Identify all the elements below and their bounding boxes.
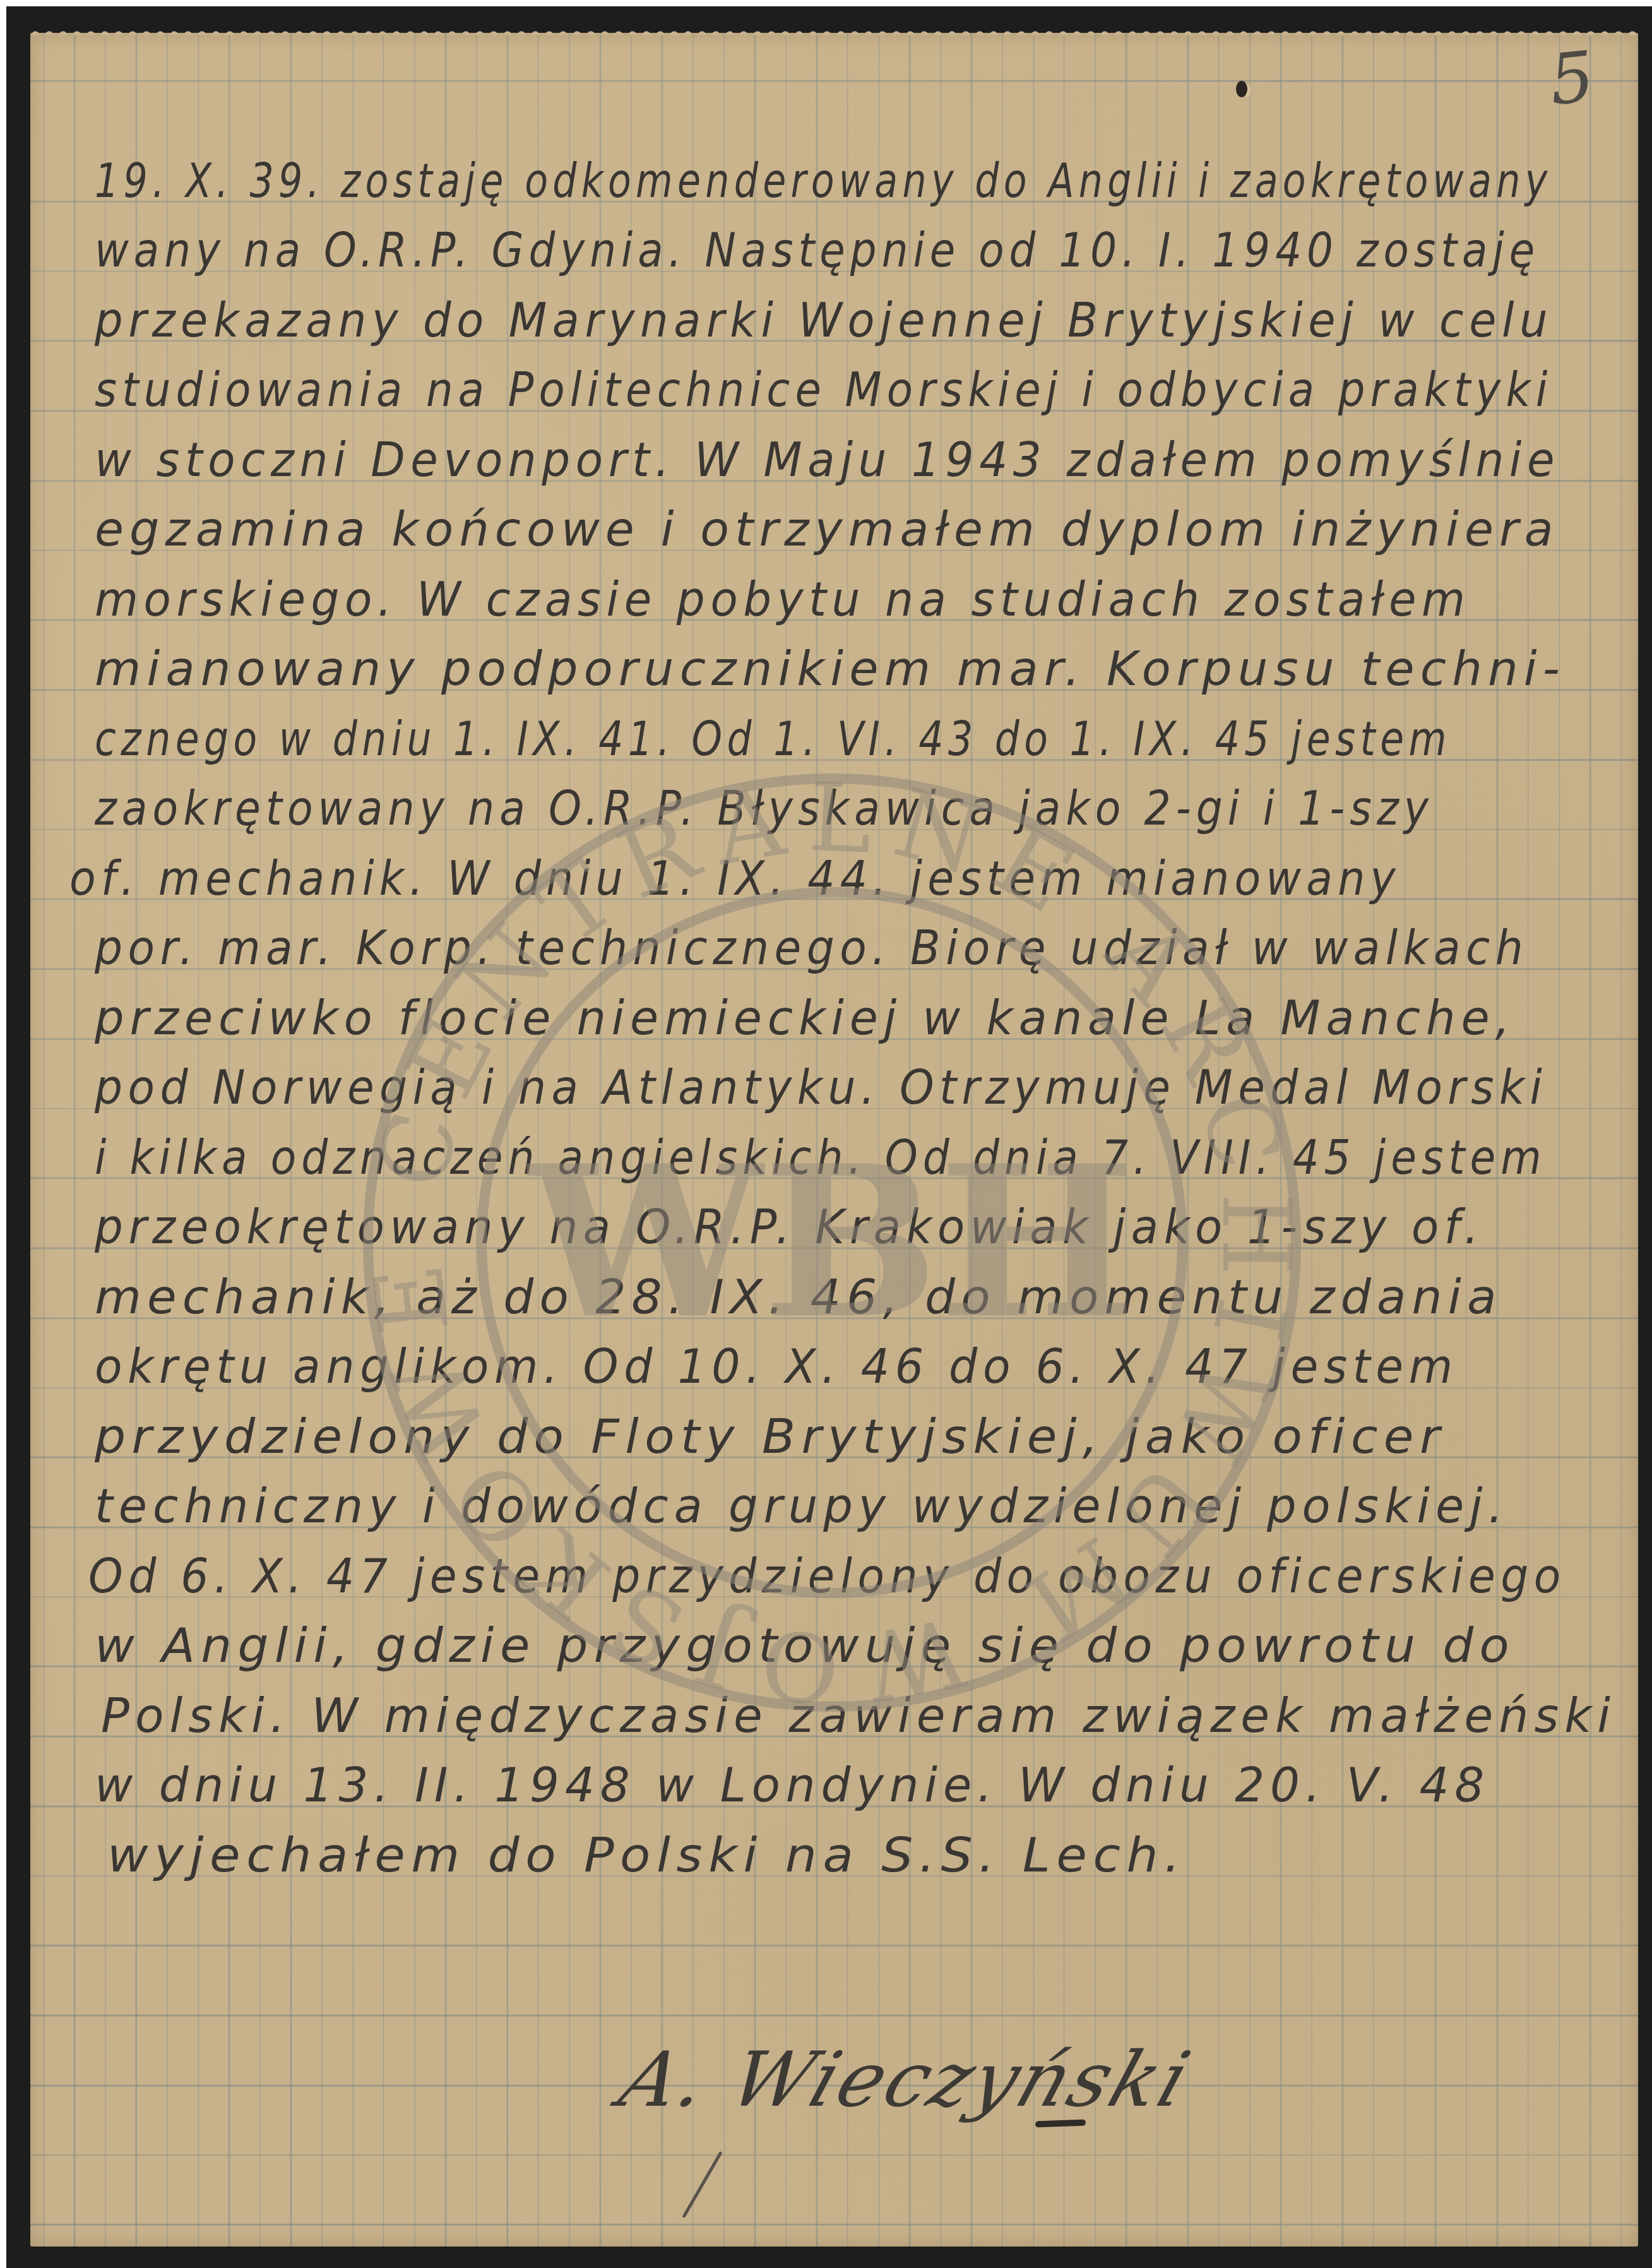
handwritten-text-body: 19. X. 39. zostaję odkomenderowany do An…	[95, 0, 1635, 2268]
text-line: egzamina końcowe i otrzymałem dyplom inż…	[95, 506, 1559, 553]
text-line: w dniu 13. II. 1948 w Londynie. W dniu 2…	[95, 1762, 1490, 1809]
text-line: 19. X. 39. zostaję odkomenderowany do An…	[95, 158, 1552, 205]
text-line: mechanik, aż do 28. IX. 46, do momentu z…	[95, 1274, 1502, 1321]
text-line: w Anglii, gdzie przygotowuję się do powr…	[95, 1623, 1515, 1669]
text-line: w stoczni Devonport. W Maju 1943 zdałem …	[95, 437, 1560, 484]
text-line: por. mar. Korp. technicznego. Biorę udzi…	[95, 925, 1528, 972]
text-line: przydzielony do Floty Brytyjskiej, jako …	[95, 1414, 1446, 1460]
text-line: przeciwko flocie niemieckiej w kanale La…	[95, 995, 1516, 1042]
text-line: techniczny i dowódca grupy wydzielonej p…	[95, 1483, 1509, 1530]
text-line: przekazany do Marynarki Wojennej Brytyjs…	[95, 297, 1553, 344]
text-line: of. mechanik. W dniu 1. IX. 44. jestem m…	[69, 856, 1401, 902]
text-line: zaokrętowany na O.R.P. Błyskawica jako 2…	[95, 785, 1434, 832]
text-line: wyjechałem do Polski na S.S. Lech.	[107, 1832, 1186, 1879]
text-line: okrętu anglikom. Od 10. X. 46 do 6. X. 4…	[95, 1344, 1458, 1390]
text-line: cznego w dniu 1. IX. 41. Od 1. VI. 43 do…	[95, 716, 1451, 763]
text-line: studiowania na Politechnice Morskiej i o…	[95, 367, 1553, 414]
text-line: i kilka odznaczeń angielskich. Od dnia 7…	[95, 1135, 1547, 1181]
text-line: morskiego. W czasie pobytu na studiach z…	[95, 576, 1471, 623]
text-line: Polski. W międzyczasie zawieram związek …	[101, 1693, 1616, 1740]
text-line: Od 6. X. 47 jestem przydzielony do obozu…	[88, 1553, 1566, 1600]
text-line: mianowany podporucznikiem mar. Korpusu t…	[95, 646, 1566, 693]
text-line: przeokrętowany na O.R.P. Krakowiak jako …	[95, 1204, 1484, 1251]
signature: A. Wieczyński	[609, 2036, 1202, 2124]
text-line: pod Norwegią i na Atlantyku. Otrzymuję M…	[95, 1065, 1547, 1111]
text-line: wany na O.R.P. Gdynia. Następnie od 10. …	[95, 227, 1540, 274]
